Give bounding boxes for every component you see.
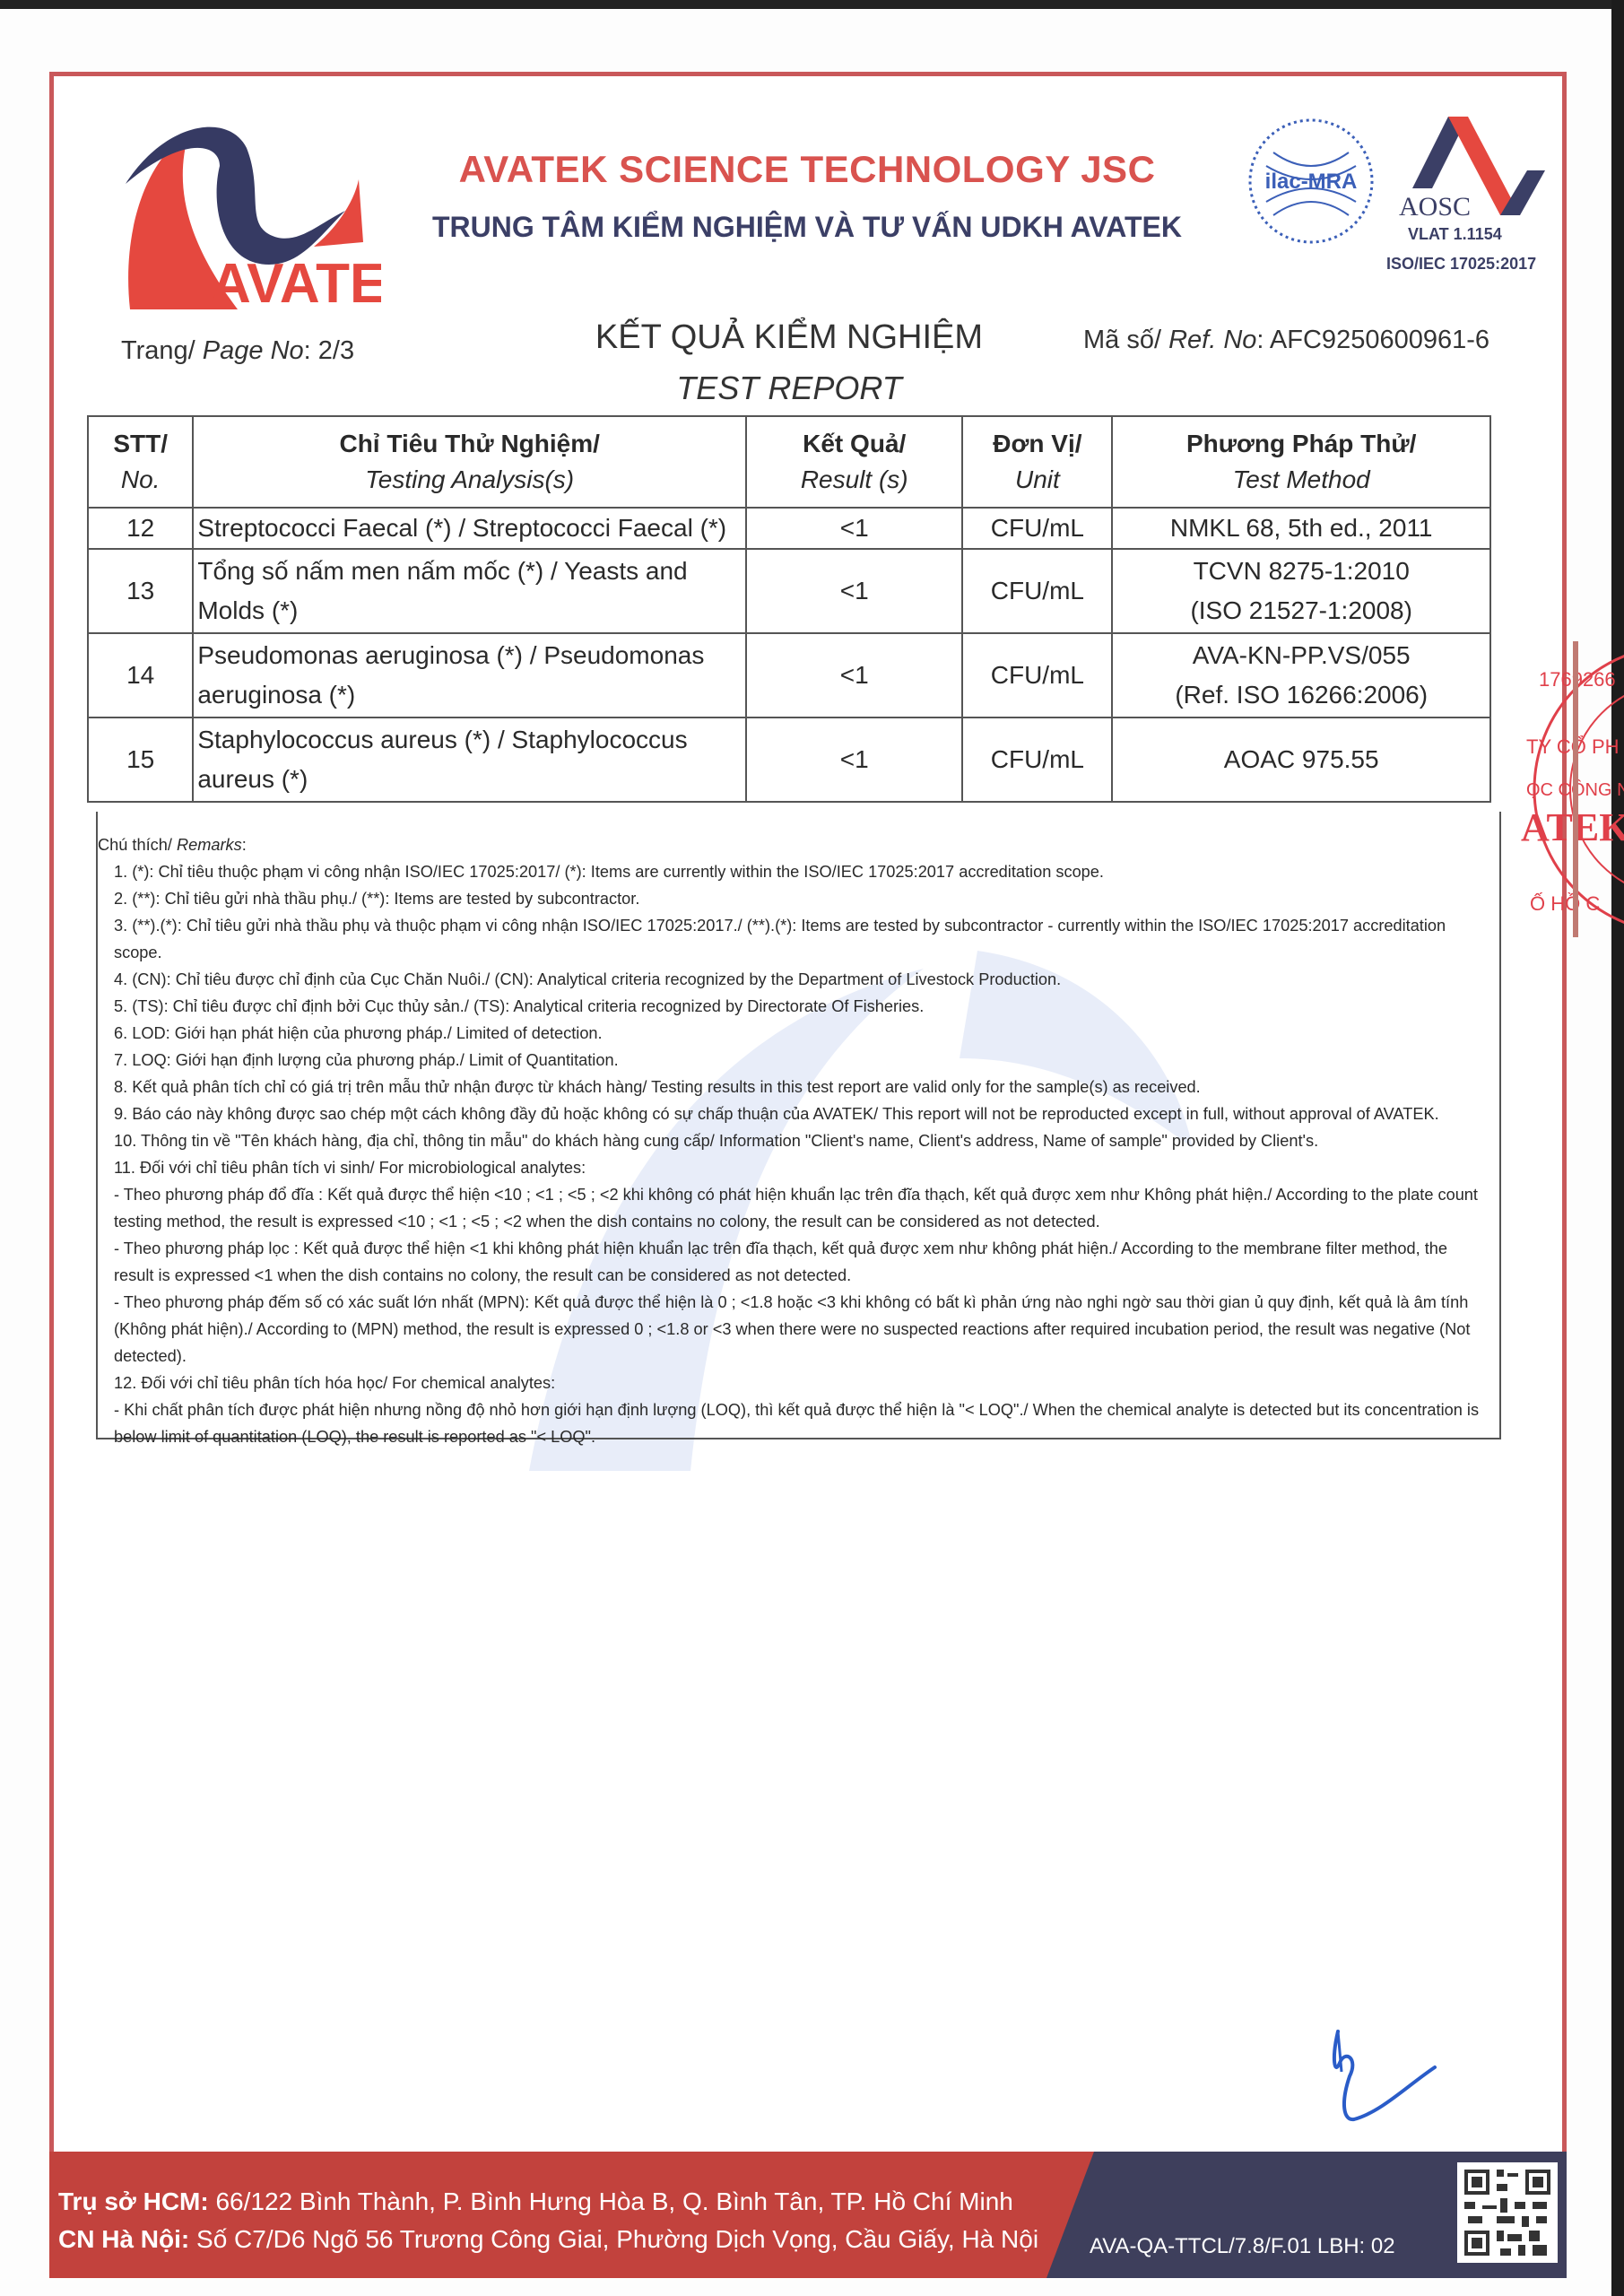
row-result: <1 (746, 508, 962, 549)
row-no: 15 (88, 717, 193, 802)
remark-item: 12. Đối với chỉ tiêu phân tích hóa học/ … (98, 1370, 1490, 1396)
remark-item: 9. Báo cáo này không được sao chép một c… (98, 1100, 1490, 1127)
row-no: 12 (88, 508, 193, 549)
row-result: <1 (746, 717, 962, 802)
remark-item: 6. LOD: Giới hạn phát hiện của phương ph… (98, 1020, 1490, 1047)
table-header-row: STT/No. Chỉ Tiêu Thử Nghiệm/Testing Anal… (88, 416, 1490, 508)
remark-item: 7. LOQ: Giới hạn định lượng của phương p… (98, 1047, 1490, 1074)
table-row: 12 Streptococci Faecal (*) / Streptococc… (88, 508, 1490, 549)
ilac-label: ilac-MRA (1265, 170, 1358, 194)
row-unit: CFU/mL (962, 508, 1112, 549)
signature-icon (1318, 2022, 1444, 2139)
avatek-logo-icon: AVATEK (85, 94, 381, 309)
aosc-label: AOSC (1399, 192, 1471, 222)
ref-label-en: Ref. No (1168, 326, 1256, 354)
table-row: 14 Pseudomonas aeruginosa (*) / Pseudomo… (88, 633, 1490, 717)
page-label-en: Page No (203, 336, 304, 365)
remark-item: 1. (*): Chỉ tiêu thuộc phạm vi công nhận… (98, 858, 1490, 885)
report-title-en: TEST REPORT (538, 370, 1040, 407)
remarks-box: Chú thích/ Remarks: 1. (*): Chỉ tiêu thu… (96, 812, 1501, 1439)
remark-item: - Theo phương pháp đổ đĩa : Kết quả được… (98, 1181, 1490, 1235)
header-analysis: Chỉ Tiêu Thử Nghiệm/Testing Analysis(s) (193, 416, 746, 508)
remark-item: 11. Đối với chỉ tiêu phân tích vi sinh/ … (98, 1154, 1490, 1181)
header-no: STT/No. (88, 416, 193, 508)
footer-bar: Trụ sở HCM: 66/122 Bình Thành, P. Bình H… (49, 2152, 1567, 2278)
row-no: 13 (88, 549, 193, 633)
accreditation-number: VLAT 1.1154 (1408, 225, 1502, 244)
table-row: 13 Tổng số nấm men nấm mốc (*) / Yeasts … (88, 549, 1490, 633)
row-unit: CFU/mL (962, 633, 1112, 717)
svg-text:TY CỔ PH: TY CỔ PH (1526, 735, 1620, 758)
company-name: AVATEK SCIENCE TECHNOLOGY JSC (395, 148, 1220, 191)
report-title-vn: KẾT QUẢ KIỂM NGHIỆM (538, 318, 1040, 357)
company-subtitle: TRUNG TÂM KIỂM NGHIỆM VÀ TƯ VẤN UDKH AVA… (395, 211, 1220, 244)
qr-code-icon (1457, 2162, 1558, 2263)
row-method: TCVN 8275-1:2010(ISO 21527-1:2008) (1112, 549, 1490, 633)
row-result: <1 (746, 549, 962, 633)
hcm-address: Trụ sở HCM: 66/122 Bình Thành, P. Bình H… (58, 2187, 1013, 2216)
form-code: AVA-QA-TTCL/7.8/F.01 LBH: 02 (1090, 2234, 1395, 2259)
remark-item: 2. (**): Chỉ tiêu gửi nhà thầu phụ./ (**… (98, 885, 1490, 912)
ref-label-vn: Mã số/ (1083, 326, 1168, 354)
row-method: AVA-KN-PP.VS/055(Ref. ISO 16266:2006) (1112, 633, 1490, 717)
row-method: AOAC 975.55 (1112, 717, 1490, 802)
row-analysis: Staphylococcus aureus (*) / Staphylococc… (193, 717, 746, 802)
remark-item: - Theo phương pháp lọc : Kết quả được th… (98, 1235, 1490, 1289)
company-stamp-icon: 1769266 TY CỔ PH ỌC CÔNG N ATEK Ố HỒ C (1521, 641, 1624, 937)
remark-item: 10. Thông tin về "Tên khách hàng, địa ch… (98, 1127, 1490, 1154)
table-row: 15 Staphylococcus aureus (*) / Staphyloc… (88, 717, 1490, 802)
ilac-mra-seal-icon: ilac-MRA (1246, 117, 1376, 247)
row-no: 14 (88, 633, 193, 717)
ref-value: : AFC9250600961-6 (1256, 326, 1489, 354)
svg-text:Ố HỒ C: Ố HỒ C (1530, 891, 1600, 915)
row-unit: CFU/mL (962, 549, 1112, 633)
remark-item: 4. (CN): Chỉ tiêu được chỉ định của Cục … (98, 966, 1490, 993)
reference-number: Mã số/ Ref. No: AFC9250600961-6 (1083, 326, 1489, 355)
remark-item: - Khi chất phân tích được phát hiện nhưn… (98, 1396, 1490, 1450)
logo-text: AVATEK (211, 253, 381, 309)
hanoi-address: CN Hà Nội: Số C7/D6 Ngõ 56 Trương Công G… (58, 2225, 1038, 2254)
row-analysis: Pseudomonas aeruginosa (*) / Pseudomonas… (193, 633, 746, 717)
row-analysis: Tổng số nấm men nấm mốc (*) / Yeasts and… (193, 549, 746, 633)
row-unit: CFU/mL (962, 717, 1112, 802)
remark-item: 5. (TS): Chỉ tiêu được chỉ định bởi Cục … (98, 993, 1490, 1020)
remarks-title: Chú thích/ Remarks: (98, 831, 1490, 858)
page-number: Trang/ Page No: 2/3 (121, 336, 354, 366)
remark-item: 8. Kết quả phân tích chỉ có giá trị trên… (98, 1074, 1490, 1100)
scanner-edge-top (0, 0, 1624, 9)
scanner-edge-right (1611, 0, 1624, 2296)
row-method: NMKL 68, 5th ed., 2011 (1112, 508, 1490, 549)
header-unit: Đơn Vị/Unit (962, 416, 1112, 508)
row-analysis: Streptococci Faecal (*) / Streptococci F… (193, 508, 746, 549)
header-method: Phương Pháp Thử/Test Method (1112, 416, 1490, 508)
page-label-vn: Trang/ (121, 336, 203, 365)
remark-item: 3. (**).(*): Chỉ tiêu gửi nhà thầu phụ v… (98, 912, 1490, 966)
remark-item: - Theo phương pháp đếm số có xác suất lớ… (98, 1289, 1490, 1370)
header-result: Kết Quả/Result (s) (746, 416, 962, 508)
results-table: STT/No. Chỉ Tiêu Thử Nghiệm/Testing Anal… (87, 415, 1491, 803)
iso-standard: ISO/IEC 17025:2017 (1386, 255, 1536, 274)
row-result: <1 (746, 633, 962, 717)
page-value: : 2/3 (304, 336, 354, 365)
svg-text:ATEK: ATEK (1521, 805, 1624, 849)
